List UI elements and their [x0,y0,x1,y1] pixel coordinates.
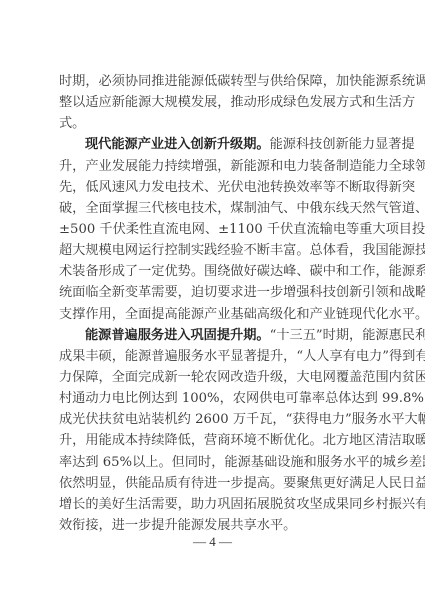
section-heading: 能源普遍服务进入巩固提升期。 [85,328,270,343]
text-run: “十三五”时期，能源惠民利民 [270,328,425,343]
text-line: 统面临全新变革需要，迫切要求进一步增强科技创新引领和战略 [59,282,369,303]
text-line: 先，低风速风力发电技术、光伏电池转换效率等不断取得新突 [59,177,369,198]
text-line: 村通动力电比例达到 100%，农网供电可靠率总体达到 99.8%，建 [59,388,369,409]
text-line: ±500 千伏柔性直流电网、±1100 千伏直流输电等重大项目投产， [59,219,369,240]
text-line: 升，产业发展能力持续增强，新能源和电力装备制造能力全球领 [59,156,369,177]
page-number: — 4 — [0,534,425,550]
paragraph-first-line: 现代能源产业进入创新升级期。能源科技创新能力显著提 [59,134,369,155]
text-line: 支撑作用，全面提高能源产业基础高级化和产业链现代化水平。 [59,304,369,325]
paragraph-first-line: 能源普遍服务进入巩固提升期。“十三五”时期，能源惠民利民 [59,325,369,346]
text-line: 依然明显，供能品质有待进一步提高。要聚焦更好满足人民日益 [59,473,369,494]
text-line: 式。 [59,113,369,134]
text-line: 效衔接，进一步提升能源发展共享水平。 [59,515,369,536]
document-page: 时期，必须协同推进能源低碳转型与供给保障，加快能源系统调 整以适应新能源大规模发… [0,0,425,601]
text-line: 整以适应新能源大规模发展，推动形成绿色发展方式和生活方 [59,92,369,113]
text-line: 时期，必须协同推进能源低碳转型与供给保障，加快能源系统调 [59,71,369,92]
text-line: 升，用能成本持续降低，营商环境不断优化。北方地区清洁取暖 [59,430,369,451]
text-line: 成果丰硕，能源普遍服务水平显著提升，“人人享有电力”得到有 [59,346,369,367]
text-line: 术装备形成了一定优势。围绕做好碳达峰、碳中和工作，能源系 [59,261,369,282]
text-line: 率达到 65%以上。但同时，能源基础设施和服务水平的城乡差距 [59,452,369,473]
text-line: 成光伏扶贫电站装机约 2600 万千瓦，“获得电力”服务水平大幅提 [59,409,369,430]
body-text: 时期，必须协同推进能源低碳转型与供给保障，加快能源系统调 整以适应新能源大规模发… [59,71,369,536]
text-line: 力保障，全面完成新一轮农网改造升级，大电网覆盖范围内贫困 [59,367,369,388]
text-line: 破，全面掌握三代核电技术，煤制油气、中俄东线天然气管道、 [59,198,369,219]
text-line: 增长的美好生活需要，助力巩固拓展脱贫攻坚成果同乡村振兴有 [59,494,369,515]
text-line: 超大规模电网运行控制实践经验不断丰富。总体看，我国能源技 [59,240,369,261]
section-heading: 现代能源产业进入创新升级期。 [85,137,270,152]
text-run: 能源科技创新能力显著提 [270,137,415,152]
